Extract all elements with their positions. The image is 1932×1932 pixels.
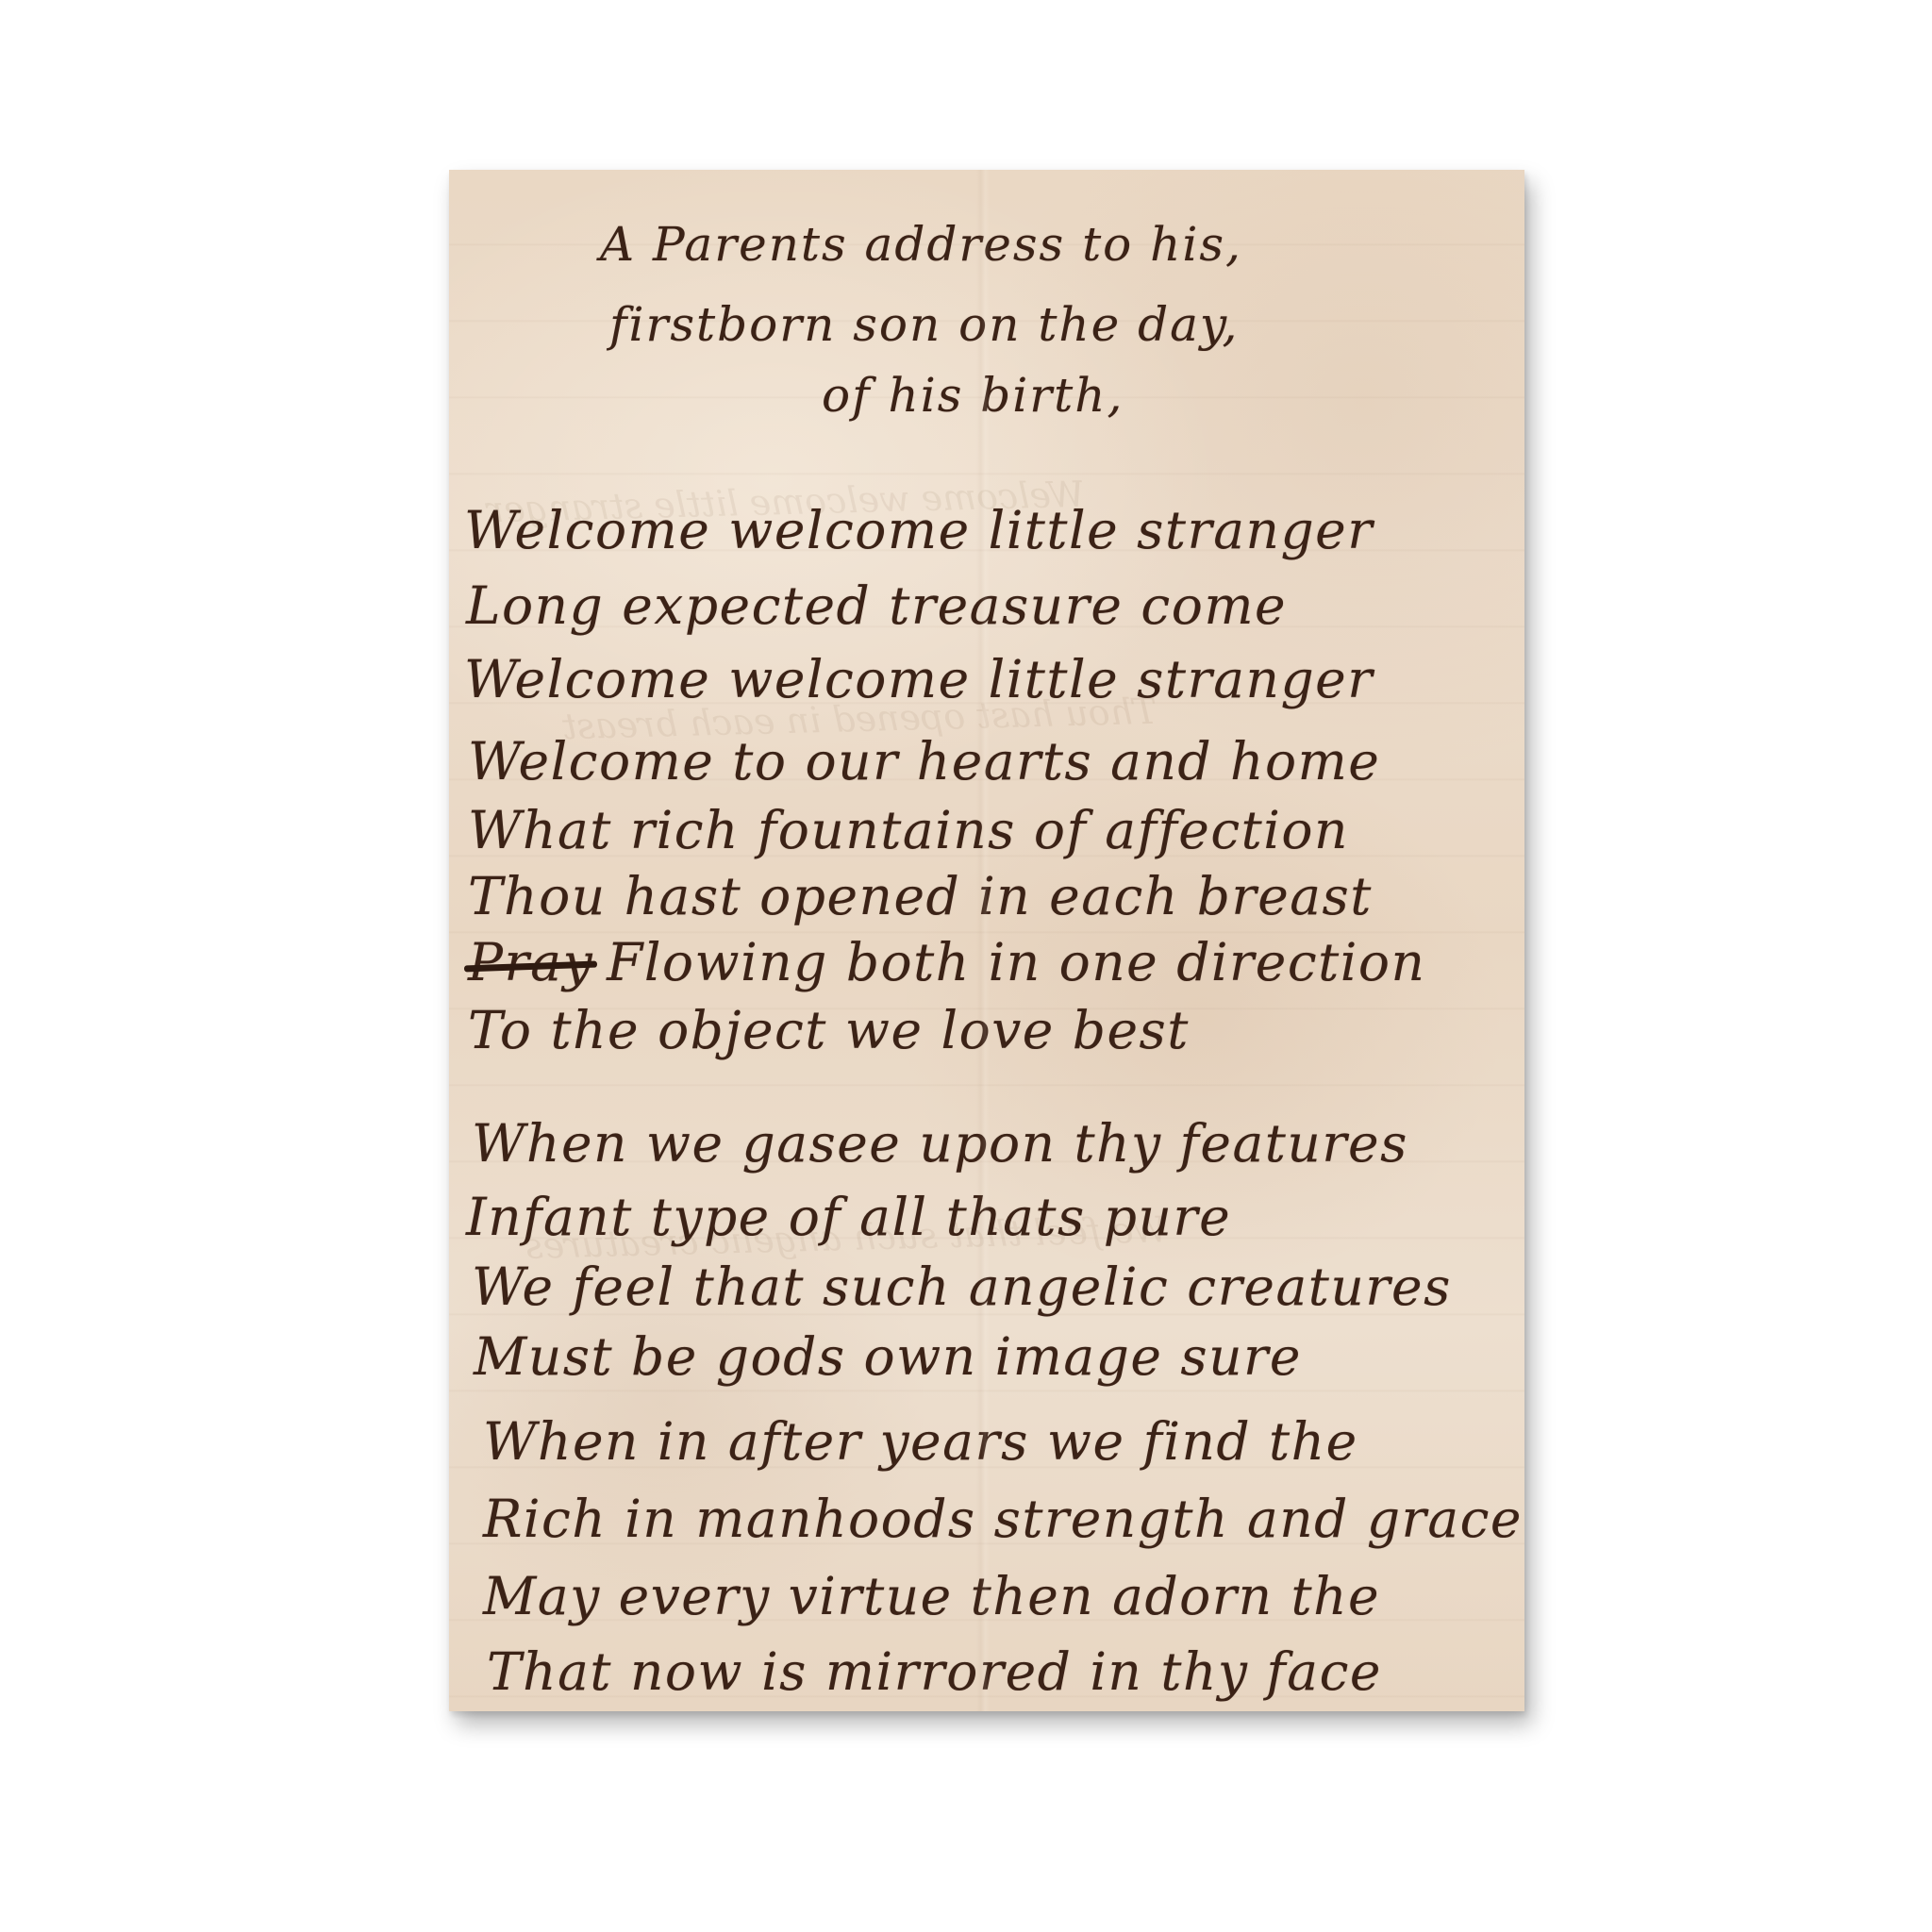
stanza-4-line-1: When in after years we find the — [483, 1411, 1358, 1472]
stanza-1-line-3: Welcome welcome little stranger — [464, 649, 1374, 709]
stanza-2-line-4: To the object we love best — [468, 1000, 1190, 1060]
stanza-2-line-2: Thou hast opened in each breast — [468, 866, 1373, 926]
photo-stage: Welcome welcome little stranger Thou has… — [0, 0, 1932, 1932]
title-line-3: of his birth, — [822, 368, 1124, 423]
stanza-1-line-1: Welcome welcome little stranger — [464, 500, 1374, 560]
manuscript-page: Welcome welcome little stranger Thou has… — [449, 170, 1524, 1711]
stanza-4-line-4: That now is mirrored in thy face — [487, 1641, 1382, 1702]
stanza-1-line-4: Welcome to our hearts and home — [468, 731, 1380, 791]
stanza-3-line-2: Infant type of all thats pure — [466, 1187, 1231, 1247]
stanza-2-line-3-text: Flowing both in one direction — [607, 932, 1425, 992]
stanza-3-line-3: We feel that such angelic creatures — [472, 1257, 1452, 1317]
stanza-2-line-1: What rich fountains of affection — [468, 800, 1349, 860]
title-line-1: A Parents address to his, — [600, 217, 1242, 272]
stanza-4-line-2: Rich in manhoods strength and grace — [483, 1489, 1523, 1549]
stanza-4-line-3: May every virtue then adorn the — [483, 1566, 1380, 1626]
stanza-3-line-1: When we gasee upon thy features — [472, 1113, 1408, 1174]
stanza-3-line-4: Must be gods own image sure — [474, 1326, 1302, 1387]
struck-out-word: Pray — [468, 932, 593, 992]
stanza-1-line-2: Long expected treasure come — [466, 575, 1287, 636]
title-line-2: firstborn son on the day, — [609, 297, 1239, 352]
stanza-2-line-3: PrayFlowing both in one direction — [468, 932, 1425, 992]
